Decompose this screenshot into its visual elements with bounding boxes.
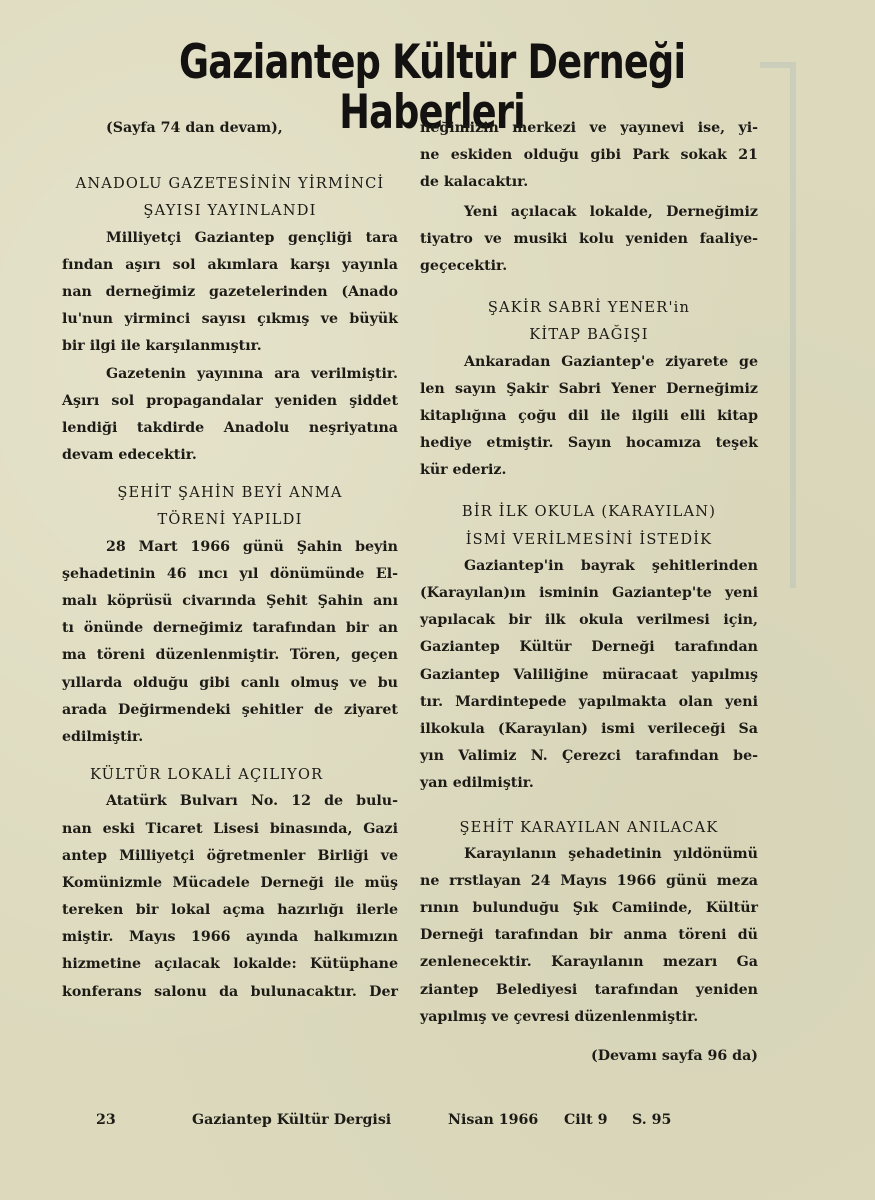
show-through-frame (760, 62, 796, 588)
spacer (62, 142, 398, 170)
text-line: hediye etmiştir. Sayın hocamıza teşek (420, 430, 758, 457)
text-line: len sayın Şakir Sabri Yener Derneğimiz (420, 376, 758, 403)
text-line: Komünizmle Mücadele Derneği ile müş (62, 870, 398, 897)
text-line: Yeni açılacak lokalde, Derneğimiz (420, 199, 758, 226)
text-line: ne rrstlayan 24 Mayıs 1966 günü meza (420, 868, 758, 895)
text-line: Gaziantep Kültür Derneği tarafından (420, 634, 758, 661)
text-line: tı önünde derneğimiz tarafından bir an (62, 615, 398, 642)
spacer (420, 798, 758, 814)
text-line: de kalacaktır. (420, 169, 758, 196)
article-heading: ŞAYISI YAYINLANDI (62, 197, 398, 224)
magazine-page: Gaziantep Kültür Derneği Haberleri (Sayf… (0, 0, 875, 1200)
text-line: neğimizin merkezi ve yayınevi ise, yi- (420, 115, 758, 142)
spacer (420, 484, 758, 498)
text-line: yıllarda olduğu gibi canlı olmuş ve bu (62, 670, 398, 697)
article-heading: ANADOLU GAZETESİNİN YİRMİNCİ (62, 170, 398, 197)
text-line: nan eski Ticaret Lisesi binasında, Gazi (62, 816, 398, 843)
text-line: yapılmış ve çevresi düzenlenmiştir. (420, 1004, 758, 1031)
text-line: kitaplığına çoğu dil ile ilgili elli kit… (420, 403, 758, 430)
article-heading: KİTAP BAĞIŞI (420, 321, 758, 348)
text-line: Karayılanın şehadetinin yıldönümü (420, 841, 758, 868)
text-line: 28 Mart 1966 günü Şahin beyin (62, 534, 398, 561)
text-line: tır. Mardintepede yapılmakta olan yeni (420, 689, 758, 716)
spacer (62, 469, 398, 479)
text-line: (Karayılan)ın isminin Gaziantep'te yeni (420, 580, 758, 607)
text-line: konferans salonu da bulunacaktır. Der (62, 979, 398, 1006)
text-line: ma töreni düzenlenmiştir. Tören, geçen (62, 642, 398, 669)
text-line: rının bulunduğu Şık Camiinde, Kültür (420, 895, 758, 922)
text-line: Derneği tarafından bir anma töreni dü (420, 922, 758, 949)
right-column: neğimizin merkezi ve yayınevi ise, yi- n… (420, 115, 758, 1070)
article-heading: KÜLTÜR LOKALİ AÇILIYOR (62, 761, 398, 788)
article-heading: ŞEHİT ŞAHİN BEYİ ANMA (62, 479, 398, 506)
spacer (420, 1031, 758, 1043)
text-line: yapılacak bir ilk okula verilmesi için, (420, 607, 758, 634)
article-anadolu: ANADOLU GAZETESİNİN YİRMİNCİ ŞAYISI YAYI… (62, 170, 398, 469)
article-kitap-bagisi: ŞAKİR SABRİ YENER'in KİTAP BAĞIŞI Ankara… (420, 294, 758, 484)
text-line: tiyatro ve musiki kolu yeniden faaliye- (420, 226, 758, 253)
text-line: Gaziantep Valiliğine müracaat yapılmış (420, 662, 758, 689)
issue-date: Nisan 1966 (448, 1112, 564, 1128)
text-line: bir ilgi ile karşılanmıştır. (62, 333, 398, 360)
left-column: (Sayfa 74 dan devam), ANADOLU GAZETESİNİ… (62, 115, 398, 1006)
text-line: tereken bir lokal açma hazırlığı ilerle (62, 897, 398, 924)
text-line: Milliyetçi Gaziantep gençliği tara (62, 225, 398, 252)
text-line: yan edilmiştir. (420, 770, 758, 797)
text-line: zenlenecektir. Karayılanın mezarı Ga (420, 949, 758, 976)
text-line: Atatürk Bulvarı No. 12 de bulu- (62, 788, 398, 815)
text-line: geçecektir. (420, 253, 758, 280)
text-line: kür ederiz. (420, 457, 758, 484)
text-line: ziantep Belediyesi tarafından yeniden (420, 977, 758, 1004)
publication-name: Gaziantep Kültür Dergisi (192, 1112, 448, 1128)
article-karayilan-okul: BİR İLK OKULA (KARAYILAN) İSMİ VERİLMESİ… (420, 498, 758, 797)
article-heading: İSMİ VERİLMESİNİ İSTEDİK (420, 526, 758, 553)
text-line: edilmiştir. (62, 724, 398, 751)
spacer (62, 751, 398, 761)
issue-number: S. 95 (632, 1112, 671, 1128)
text-line: miştir. Mayıs 1966 ayında halkımızın (62, 924, 398, 951)
text-line: şehadetinin 46 ıncı yıl dönümünde El- (62, 561, 398, 588)
text-line: Gazetenin yayınına ara verilmiştir. (62, 361, 398, 388)
continuation-note: (Devamı sayfa 96 da) (420, 1043, 758, 1070)
text-line: antep Milliyetçi öğretmenler Birliği ve (62, 843, 398, 870)
text-line: arada Değirmendeki şehitler de ziyaret (62, 697, 398, 724)
article-heading: BİR İLK OKULA (KARAYILAN) (420, 498, 758, 525)
page-number: 23 (96, 1112, 192, 1128)
article-kultur-lokali: KÜLTÜR LOKALİ AÇILIYOR Atatürk Bulvarı N… (62, 761, 398, 1006)
text-line: devam edecektir. (62, 442, 398, 469)
article-sehit-sahin: ŞEHİT ŞAHİN BEYİ ANMA TÖRENİ YAPILDI 28 … (62, 479, 398, 751)
text-line: Ankaradan Gaziantep'e ziyarete ge (420, 349, 758, 376)
article-heading: ŞAKİR SABRİ YENER'in (420, 294, 758, 321)
text-line: yın Valimiz N. Çerezci tarafından be- (420, 743, 758, 770)
text-line: lu'nun yirminci sayısı çıkmış ve büyük (62, 306, 398, 333)
text-line: Aşırı sol propagandalar yeniden şiddet (62, 388, 398, 415)
volume: Cilt 9 (564, 1112, 632, 1128)
text-line: Gaziantep'in bayrak şehitlerinden (420, 553, 758, 580)
text-line: lendiği takdirde Anadolu neşriyatına (62, 415, 398, 442)
text-line: hizmetine açılacak lokalde: Kütüphane (62, 951, 398, 978)
text-line: malı köprüsü civarında Şehit Şahin anı (62, 588, 398, 615)
text-line: ne eskiden olduğu gibi Park sokak 21 (420, 142, 758, 169)
text-line: ilkokula (Karayılan) ismi verileceği Sa (420, 716, 758, 743)
text-line: nan derneğimiz gazetelerinden (Anado (62, 279, 398, 306)
article-karayilan-anilacak: ŞEHİT KARAYILAN ANILACAK Karayılanın şeh… (420, 814, 758, 1032)
continued-text: neğimizin merkezi ve yayınevi ise, yi- n… (420, 115, 758, 280)
continuation-note: (Sayfa 74 dan devam), (62, 115, 398, 142)
article-heading: ŞEHİT KARAYILAN ANILACAK (420, 814, 758, 841)
article-heading: TÖRENİ YAPILDI (62, 506, 398, 533)
page-footer: 23 Gaziantep Kültür Dergisi Nisan 1966 C… (96, 1112, 736, 1128)
text-line: fından aşırı sol akımlara karşı yayınla (62, 252, 398, 279)
spacer (420, 280, 758, 294)
